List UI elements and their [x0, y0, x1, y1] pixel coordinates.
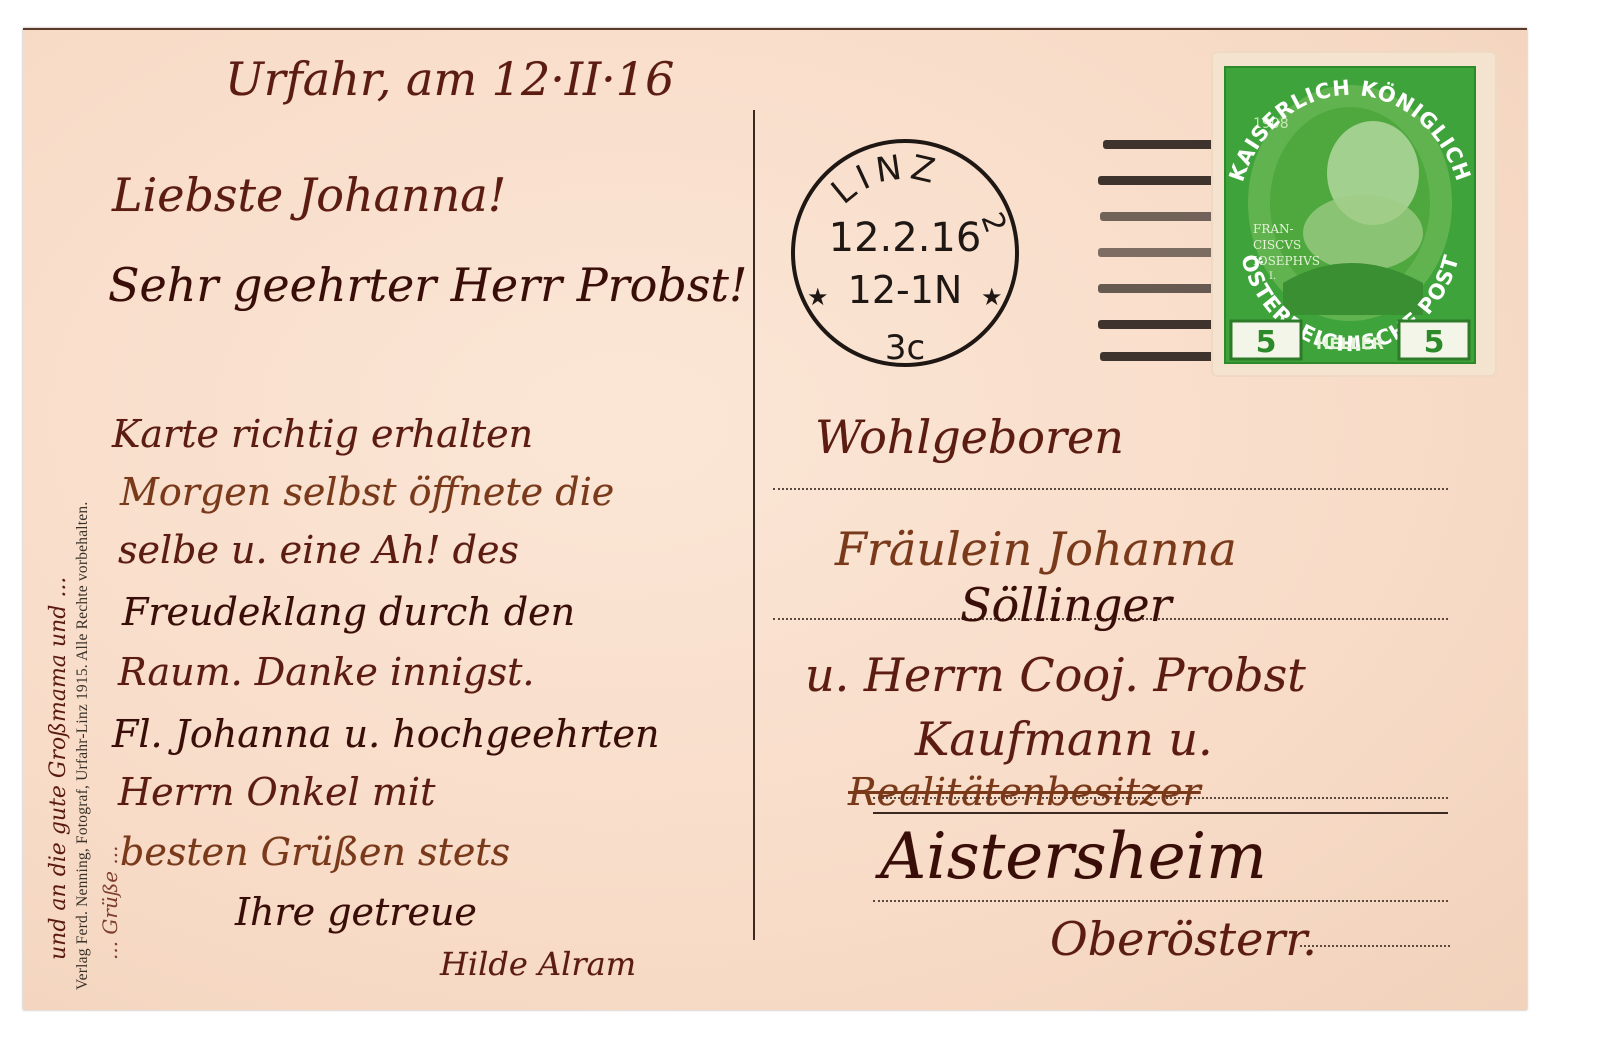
stamp-caption-4: I.	[1269, 271, 1276, 282]
address-line-6-struck: Realitätenbesitzer	[848, 770, 1201, 814]
stamp-value-left: 5	[1256, 325, 1277, 360]
address-city: Aistersheim	[880, 820, 1267, 894]
address-line-rule	[773, 488, 1448, 490]
body-line-5: Raum. Danke innigst.	[118, 650, 534, 694]
postmark-code: 3c	[885, 328, 925, 368]
body-line-8: besten Grüßen stets	[120, 830, 510, 874]
margin-note: und an die gute Großmama und ...	[46, 577, 71, 960]
publisher-imprint: Verlag Ferd. Nenning, Fotograf, Urfahr-L…	[74, 502, 92, 990]
postmark-date: 12.2.16	[829, 215, 982, 261]
stamp-artwork: 1908 FRAN- CISCVS IOSEPHVS I. KAISERLICH…	[1213, 53, 1495, 375]
postmark-city: LINZ	[824, 147, 945, 212]
postmark-time: 12-1N	[848, 268, 963, 312]
signature: Hilde Alram	[440, 945, 636, 983]
stamp-caption-1: FRAN-	[1253, 222, 1294, 236]
stamp-denomination: HELLER	[1316, 334, 1384, 353]
address-line-5: Kaufmann u.	[915, 712, 1213, 766]
body-line-1: Karte richtig erhalten	[112, 412, 533, 456]
salutation-1: Liebste Johanna!	[112, 168, 506, 222]
closing: Ihre getreue	[235, 890, 477, 934]
stamp-value-right: 5	[1424, 325, 1445, 360]
center-divider	[753, 110, 755, 940]
stamp-caption-2: CISCVS	[1253, 238, 1301, 252]
body-line-7: Herrn Onkel mit	[118, 770, 435, 814]
address-line-4: u. Herrn Cooj. Probst	[805, 648, 1306, 702]
salutation-2: Sehr geehrter Herr Probst!	[108, 258, 747, 312]
body-line-4: Freudeklang durch den	[122, 590, 575, 634]
address-line-1: Wohlgeboren	[815, 410, 1124, 464]
body-line-3: selbe u. eine Ah! des	[118, 528, 519, 572]
address-region: Oberösterr.	[1050, 912, 1317, 966]
address-line-3: Söllinger	[960, 578, 1172, 632]
postage-stamp: 1908 FRAN- CISCVS IOSEPHVS I. KAISERLICH…	[1213, 53, 1495, 375]
body-line-6: Fl. Johanna u. hochgeehrten	[112, 712, 660, 756]
postmark: LINZ 2 12.2.16 12-1N ★ ★ 3c	[785, 133, 1025, 373]
place-date: Urfahr, am 12·II·16	[225, 52, 674, 106]
address-line-rule	[1300, 945, 1450, 947]
body-line-2: Morgen selbst öffnete die	[120, 470, 614, 514]
address-line-rule	[873, 900, 1448, 902]
star-icon: ★	[807, 283, 829, 311]
margin-note-2: ... Grüße ...	[98, 846, 122, 960]
svg-text:LINZ: LINZ	[824, 147, 945, 212]
address-line-2: Fräulein Johanna	[835, 522, 1237, 576]
star-icon: ★	[981, 283, 1003, 311]
